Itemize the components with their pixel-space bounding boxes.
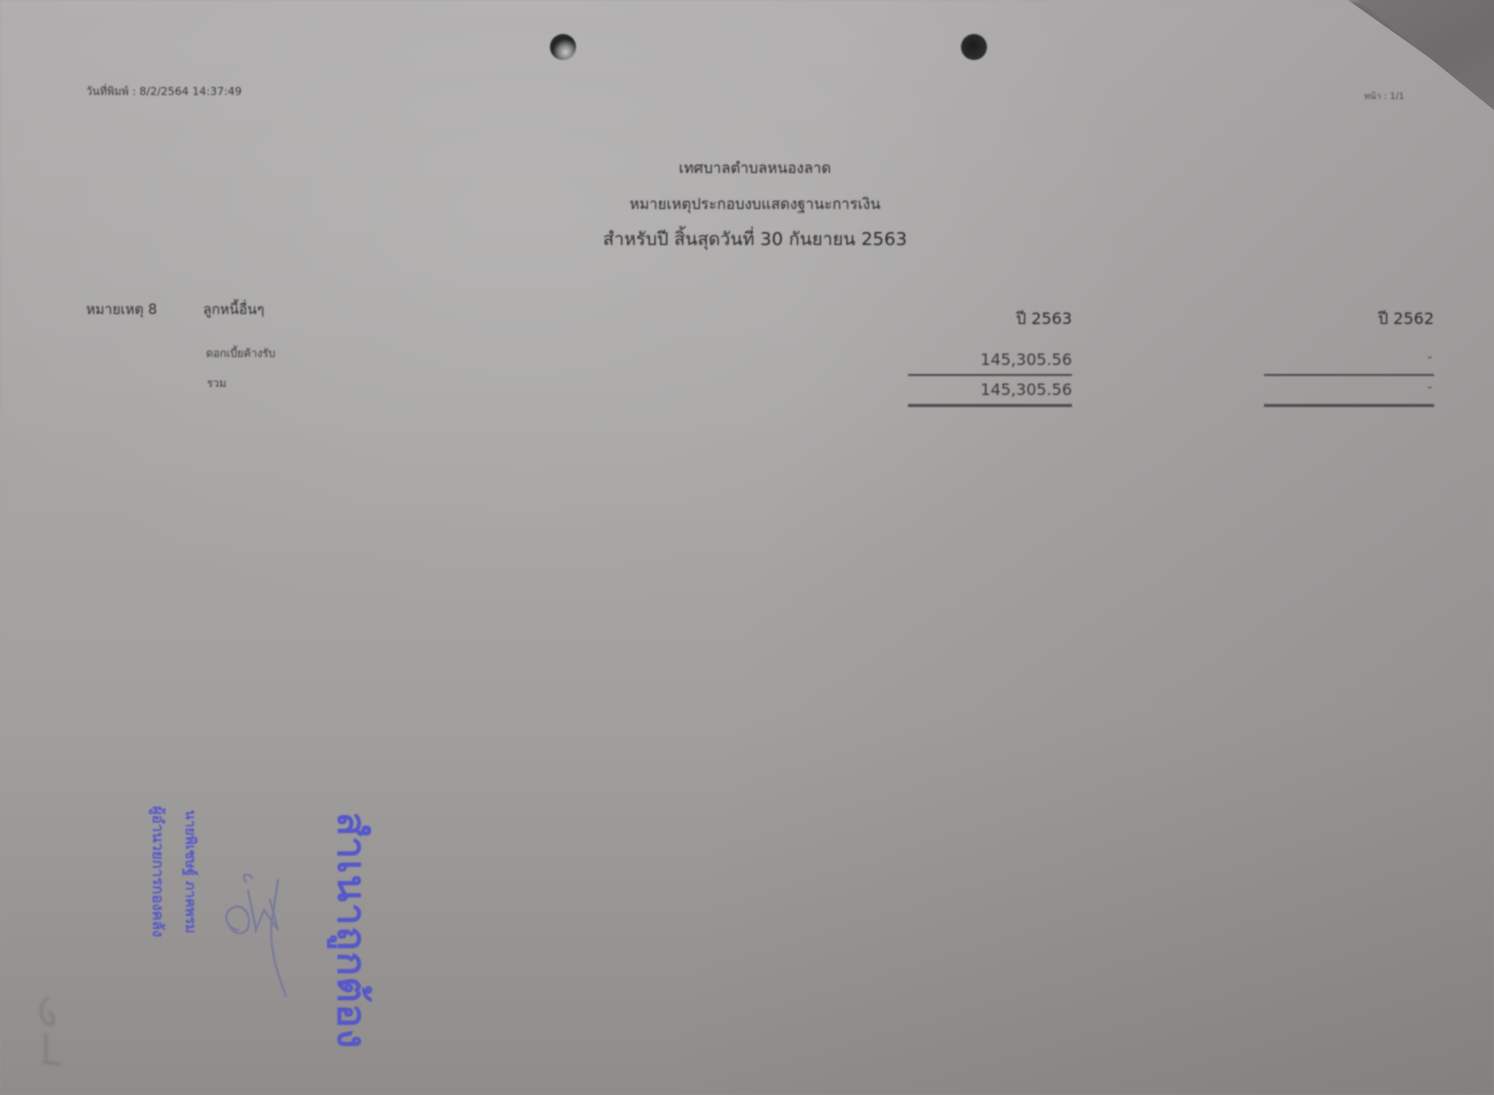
- document-title: เทศบาลตำบลหนองลาด หมายเหตุประกอบงบแสดงฐา…: [560, 150, 950, 258]
- row-value: -: [1428, 350, 1432, 364]
- signature-icon: [218, 870, 308, 1000]
- total-underline-divider: [1264, 404, 1434, 407]
- underline-divider: [1264, 374, 1434, 376]
- note-number: หมายเหตุ 8: [86, 299, 157, 321]
- total-label: รวม: [207, 374, 226, 392]
- underline-divider: [908, 374, 1072, 376]
- total-underline-divider: [908, 404, 1072, 407]
- signer-name-stamp: นายพิเชษฐ์ ภาคพรม: [179, 810, 201, 933]
- statement-period: สำหรับปี สิ้นสุดวันที่ 30 กันยายน 2563: [560, 222, 950, 258]
- total-value: 145,305.56: [980, 380, 1072, 399]
- column-header: ปี 2563: [1016, 307, 1072, 332]
- note-title: ลูกหนี้อื่นๆ: [203, 299, 264, 321]
- row-label: ดอกเบี้ยค้างรับ: [206, 344, 275, 362]
- row-value: 145,305.56: [980, 350, 1072, 369]
- total-value: -: [1428, 380, 1432, 394]
- organization-name: เทศบาลตำบลหนองลาด: [560, 150, 950, 186]
- print-date: วันที่พิมพ์ : 8/2/2564 14:37:49: [86, 82, 242, 100]
- punch-hole-icon: [550, 34, 576, 60]
- certified-copy-stamp: สำเนาถูกต้อง: [320, 812, 384, 1049]
- page-number: หน้า : 1/1: [1364, 89, 1404, 103]
- statement-title: หมายเหตุประกอบงบแสดงฐานะการเงิน: [560, 186, 950, 222]
- column-header: ปี 2562: [1378, 307, 1434, 332]
- pencil-mark-icon: [34, 990, 74, 1070]
- punch-hole-icon: [961, 34, 987, 60]
- signer-position-stamp: ผู้อำนวยการกองคลัง: [146, 806, 170, 937]
